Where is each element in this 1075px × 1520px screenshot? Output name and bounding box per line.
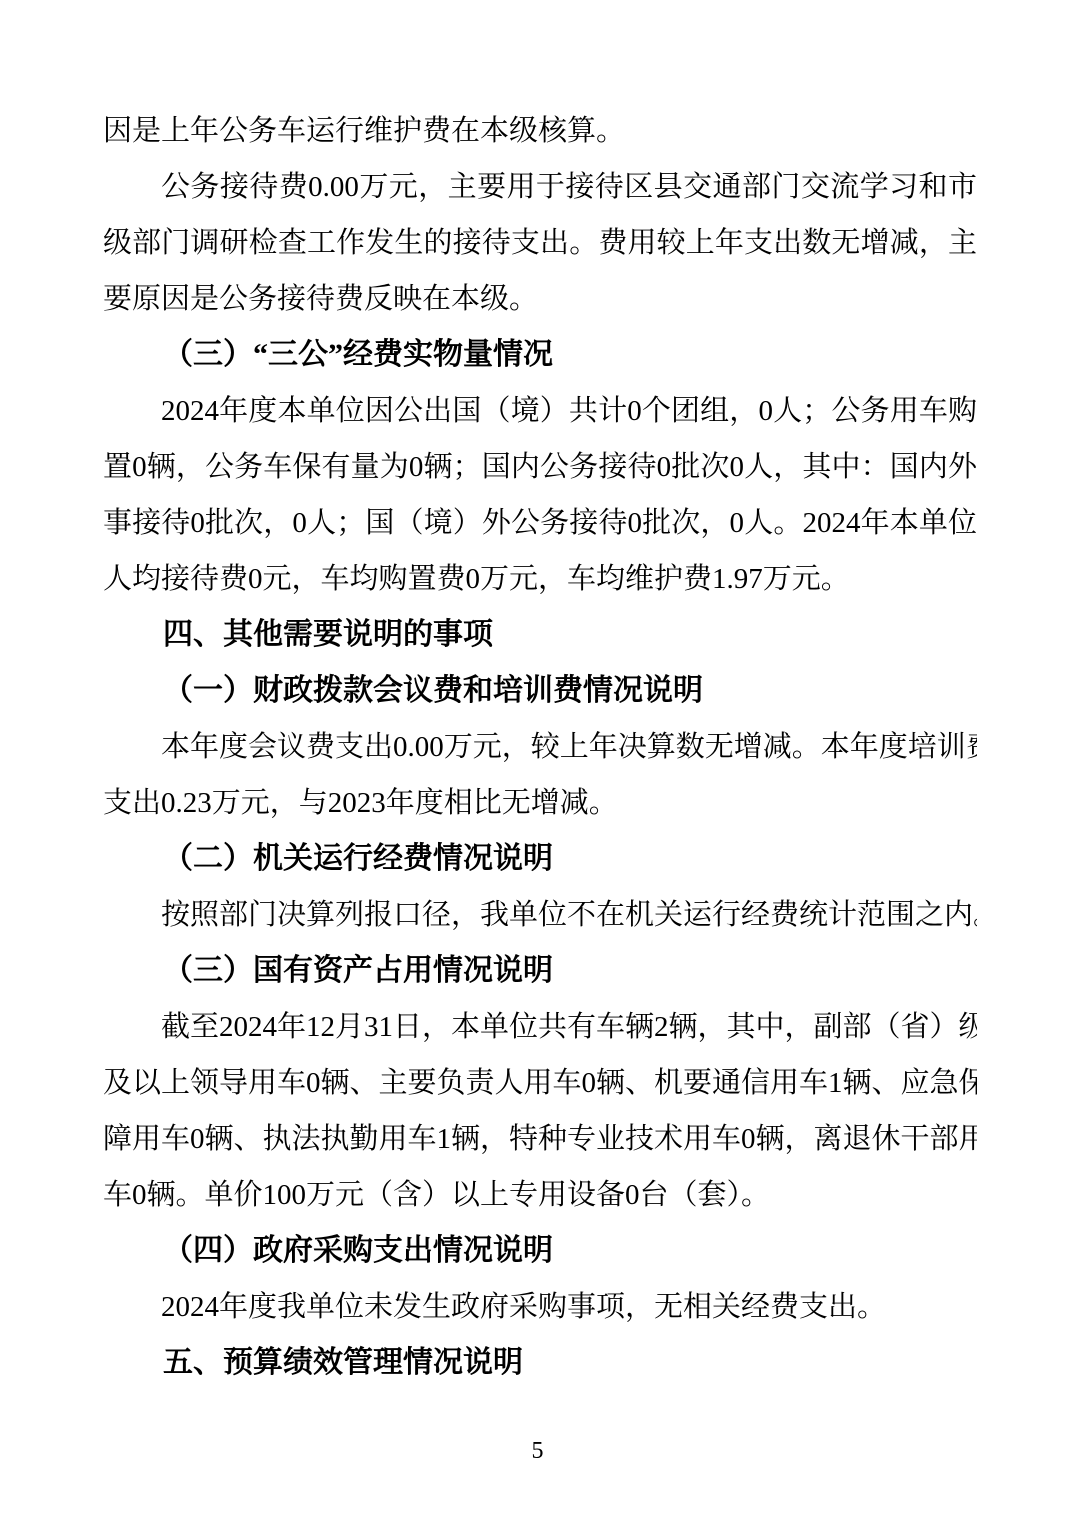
document-body: 因是上年公务车运行维护费在本级核算。 公务接待费0.00万元，主要用于接待区县交… bbox=[103, 103, 977, 1391]
body-line: 公务接待费0.00万元，主要用于接待区县交通部门交流学习和市 bbox=[103, 159, 977, 215]
body-line: 车0辆。单价100万元（含）以上专用设备0台（套）。 bbox=[103, 1167, 977, 1223]
document-page: 因是上年公务车运行维护费在本级核算。 公务接待费0.00万元，主要用于接待区县交… bbox=[0, 0, 1075, 1520]
body-line: 置0辆，公务车保有量为0辆；国内公务接待0批次0人，其中：国内外 bbox=[103, 439, 977, 495]
subheading-state-assets-occupancy: （三）国有资产占用情况说明 bbox=[103, 943, 977, 999]
body-line: 障用车0辆、执法执勤用车1辆，特种专业技术用车0辆，离退休干部用 bbox=[103, 1111, 977, 1167]
subheading-agency-operation-funds: （二）机关运行经费情况说明 bbox=[103, 831, 977, 887]
body-line: 及以上领导用车0辆、主要负责人用车0辆、机要通信用车1辆、应急保 bbox=[103, 1055, 977, 1111]
body-line: 2024年度本单位因公出国（境）共计0个团组，0人；公务用车购 bbox=[103, 383, 977, 439]
body-line: 级部门调研检查工作发生的接待支出。费用较上年支出数无增减，主 bbox=[103, 215, 977, 271]
body-line: 人均接待费0元，车均购置费0万元，车均维护费1.97万元。 bbox=[103, 551, 977, 607]
body-line: 截至2024年12月31日，本单位共有车辆2辆，其中，副部（省）级 bbox=[103, 999, 977, 1055]
body-line: 支出0.23万元，与2023年度相比无增减。 bbox=[103, 775, 977, 831]
body-line: 事接待0批次，0人；国（境）外公务接待0批次，0人。2024年本单位 bbox=[103, 495, 977, 551]
heading-budget-performance: 五、预算绩效管理情况说明 bbox=[103, 1335, 977, 1391]
body-line: 要原因是公务接待费反映在本级。 bbox=[103, 271, 977, 327]
body-line: 2024年度我单位未发生政府采购事项，无相关经费支出。 bbox=[103, 1279, 977, 1335]
body-line: 因是上年公务车运行维护费在本级核算。 bbox=[103, 103, 977, 159]
subheading-meeting-training-fees: （一）财政拨款会议费和培训费情况说明 bbox=[103, 663, 977, 719]
body-line: 本年度会议费支出0.00万元，较上年决算数无增减。本年度培训费 bbox=[103, 719, 977, 775]
heading-other-matters: 四、其他需要说明的事项 bbox=[103, 607, 977, 663]
body-line: 按照部门决算列报口径，我单位不在机关运行经费统计范围之内。 bbox=[103, 887, 977, 943]
subheading-government-procurement: （四）政府采购支出情况说明 bbox=[103, 1223, 977, 1279]
subheading-three-public-physical: （三）“三公”经费实物量情况 bbox=[103, 327, 977, 383]
page-number: 5 bbox=[0, 1436, 1075, 1466]
